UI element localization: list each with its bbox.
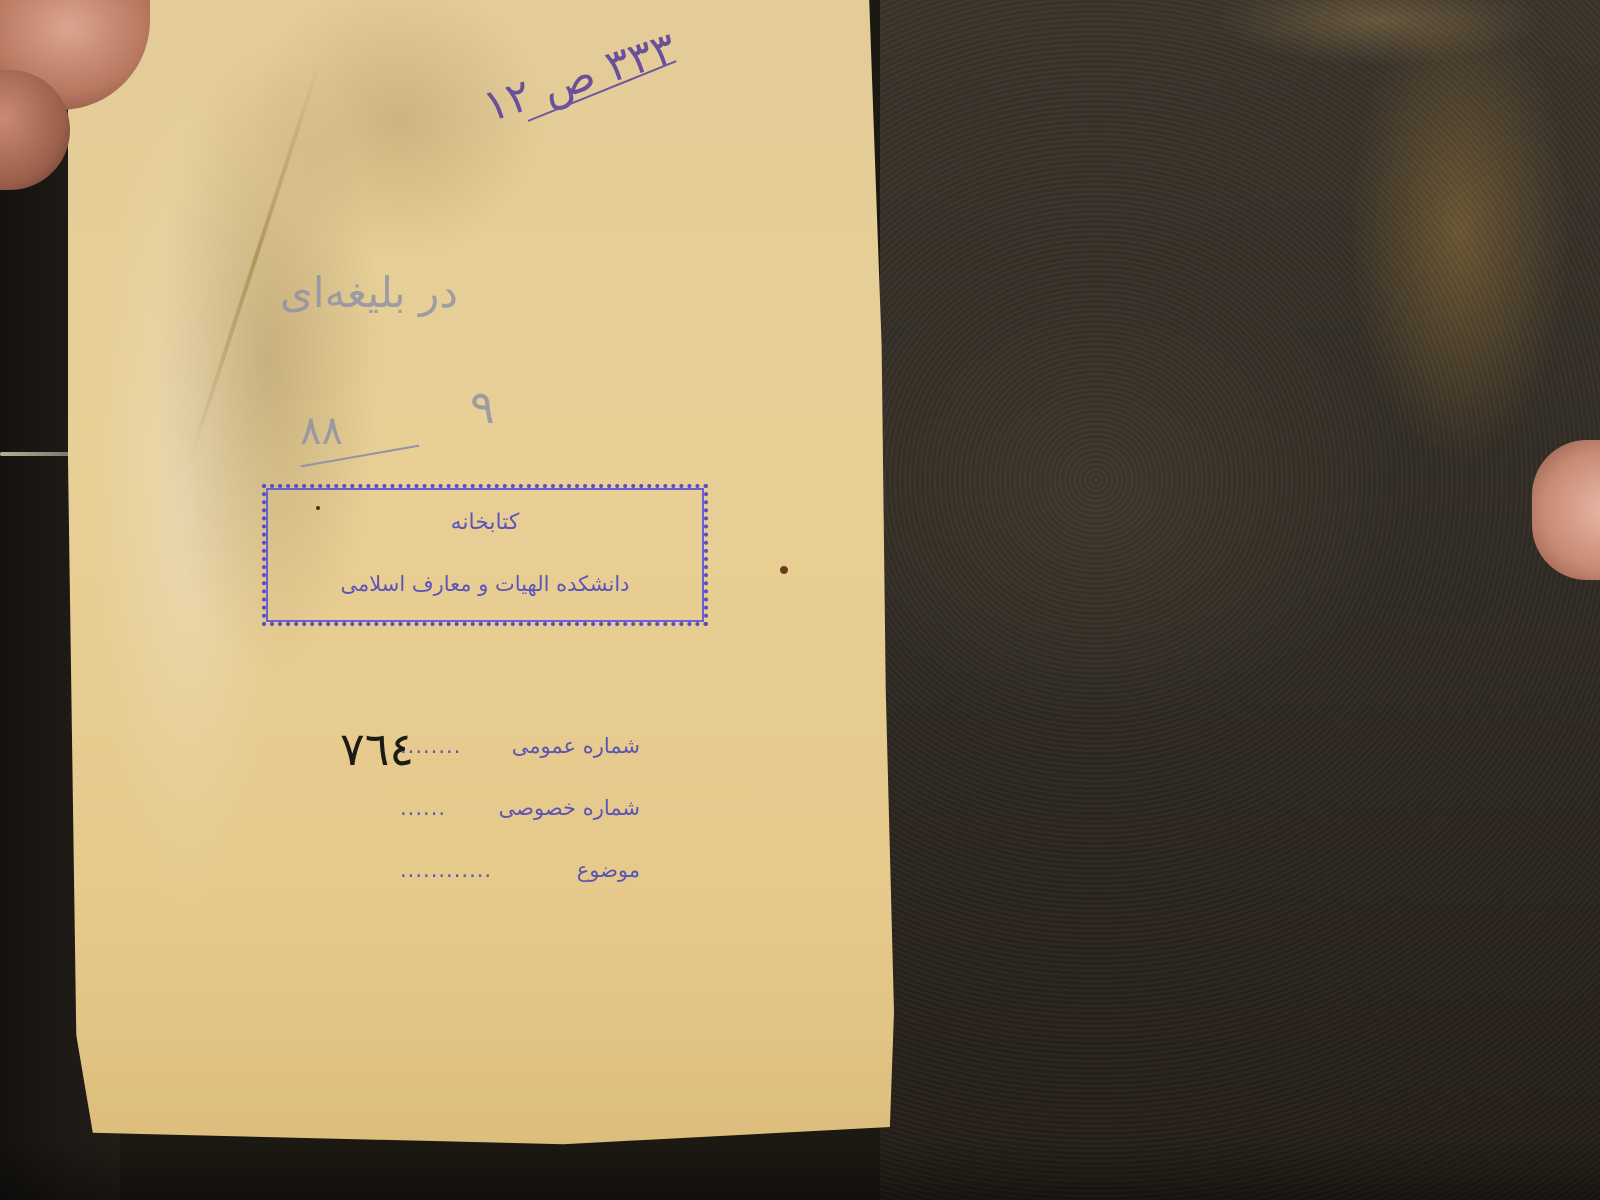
private-number-label: شماره خصوصی — [499, 796, 640, 820]
bottom-shadow — [0, 1140, 1600, 1200]
private-number-dots: ...... — [400, 796, 446, 820]
book-cover — [880, 0, 1600, 1200]
binding-thread — [0, 452, 70, 456]
general-number-label: شماره عمومی — [512, 734, 640, 758]
library-stamp: کتابخانه دانشکده الهیات و معارف اسلامی — [262, 484, 708, 626]
paper-tear-line — [188, 59, 322, 460]
subject-label: موضوع — [577, 858, 640, 882]
stamp-line-faculty: دانشکده الهیات و معارف اسلامی — [266, 572, 704, 596]
private-number-row: شماره خصوصی ...... — [400, 782, 640, 844]
pencil-note: در بلیغه‌ای — [280, 268, 458, 317]
general-number-value: ٧٦٤ — [340, 722, 414, 776]
pencil-number-a: ٨٨ — [300, 408, 343, 454]
pencil-number-b: ٩ — [470, 380, 495, 434]
catalog-form: شماره عمومی ........ شماره خصوصی ...... … — [400, 720, 640, 906]
subject-row: موضوع ............ — [400, 844, 640, 906]
stamp-line-library: کتابخانه — [266, 510, 704, 535]
subject-dots: ............ — [400, 858, 492, 882]
general-number-row: شماره عمومی ........ — [400, 720, 640, 782]
stain-spot — [780, 566, 788, 574]
